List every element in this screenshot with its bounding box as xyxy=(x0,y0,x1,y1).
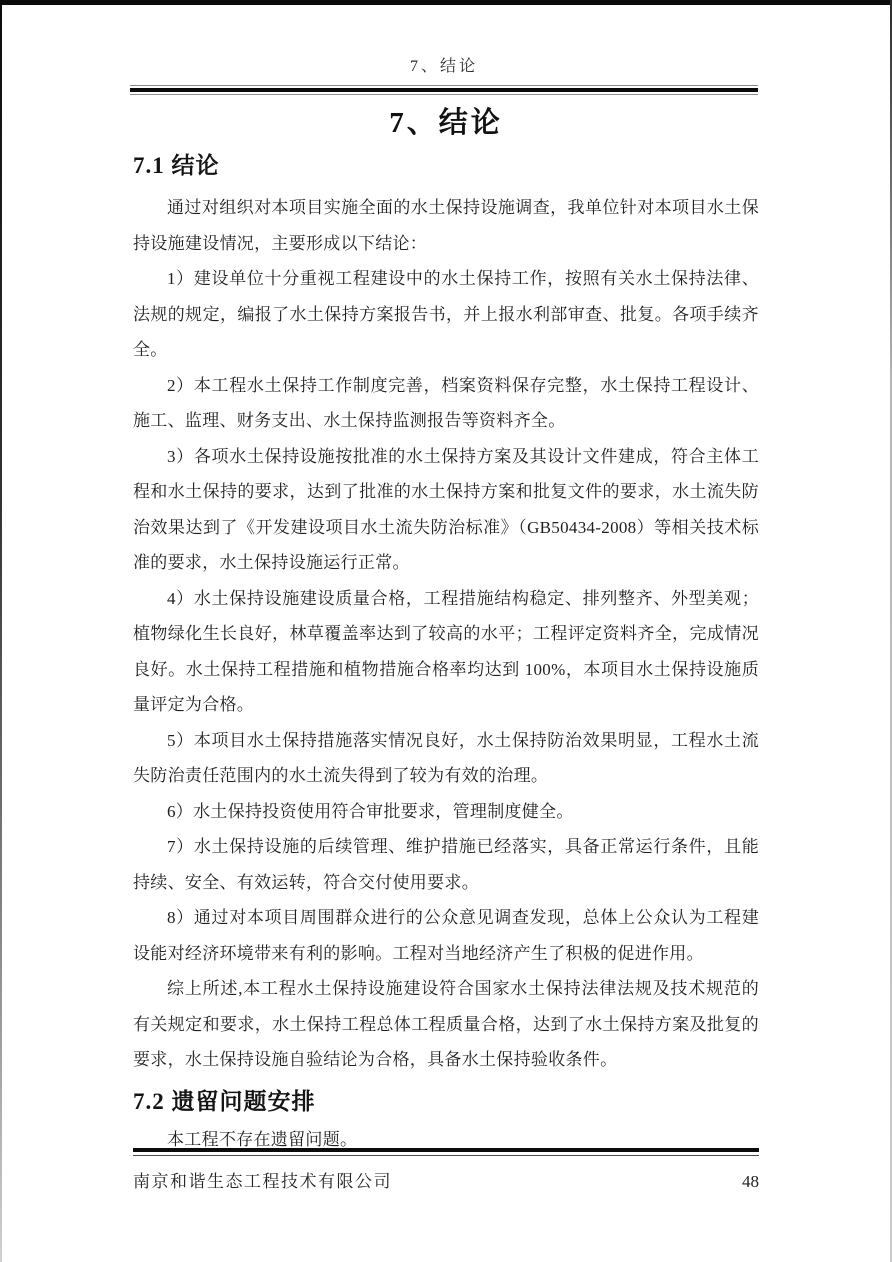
body-paragraph: 2）本工程水土保持工作制度完善，档案资料保存完整，水土保持工程设计、施工、监理、… xyxy=(133,368,759,439)
scan-edge-top xyxy=(0,0,892,5)
body-paragraph: 4）水土保持设施建设质量合格，工程措施结构稳定、排列整齐、外型美观；植物绿化生长… xyxy=(133,581,759,723)
body-paragraph: 综上所述,本工程水土保持设施建设符合国家水土保持法律法规及技术规范的有关规定和要… xyxy=(133,971,759,1078)
document-page: 7、结论 7、结论 7.1 结论 通过对组织对本项目实施全面的水土保持设施调查，… xyxy=(0,0,892,1262)
page-header: 7、结论 xyxy=(130,56,758,95)
page-number: 48 xyxy=(742,1172,759,1192)
body-paragraph: 1）建设单位十分重视工程建设中的水土保持工作，按照有关水土保持法律、法规的规定，… xyxy=(133,261,759,368)
section-remaining-issues: 7.2 遗留问题安排 本工程不存在遗留问题。 xyxy=(133,1085,759,1158)
running-header-title: 7、结论 xyxy=(130,56,758,78)
page-footer: 南京和谐生态工程技术有限公司 48 xyxy=(133,1148,759,1192)
section-conclusion: 7.1 结论 通过对组织对本项目实施全面的水土保持设施调查，我单位针对本项目水土… xyxy=(133,149,759,1078)
scan-edge-left xyxy=(0,0,2,1262)
document-content: 7.1 结论 通过对组织对本项目实施全面的水土保持设施调查，我单位针对本项目水土… xyxy=(133,149,759,1157)
body-paragraph: 7）水土保持设施的后续管理、维护措施已经落实，具备正常运行条件，且能持续、安全、… xyxy=(133,829,759,900)
body-paragraph: 5）本项目水土保持措施落实情况良好，水土保持防治效果明显，工程水土流失防治责任范… xyxy=(133,723,759,794)
body-paragraph: 8）通过对本项目周围群众进行的公众意见调查发现，总体上公众认为工程建设能对经济环… xyxy=(133,900,759,971)
footer-company: 南京和谐生态工程技术有限公司 xyxy=(133,1167,392,1192)
footer-rule xyxy=(133,1148,759,1156)
section-heading-7-2: 7.2 遗留问题安排 xyxy=(133,1085,759,1118)
body-paragraph: 6）水土保持投资使用符合审批要求，管理制度健全。 xyxy=(133,794,759,830)
body-paragraph: 通过对组织对本项目实施全面的水土保持设施调查，我单位针对本项目水土保持设施建设情… xyxy=(133,190,759,261)
footer-row: 南京和谐生态工程技术有限公司 48 xyxy=(133,1167,759,1192)
section-heading-7-1: 7.1 结论 xyxy=(133,149,759,182)
body-paragraph: 3）各项水土保持设施按批准的水土保持方案及其设计文件建成，符合主体工程和水土保持… xyxy=(133,439,759,581)
header-rule xyxy=(130,85,758,95)
chapter-title: 7、结论 xyxy=(0,103,892,143)
